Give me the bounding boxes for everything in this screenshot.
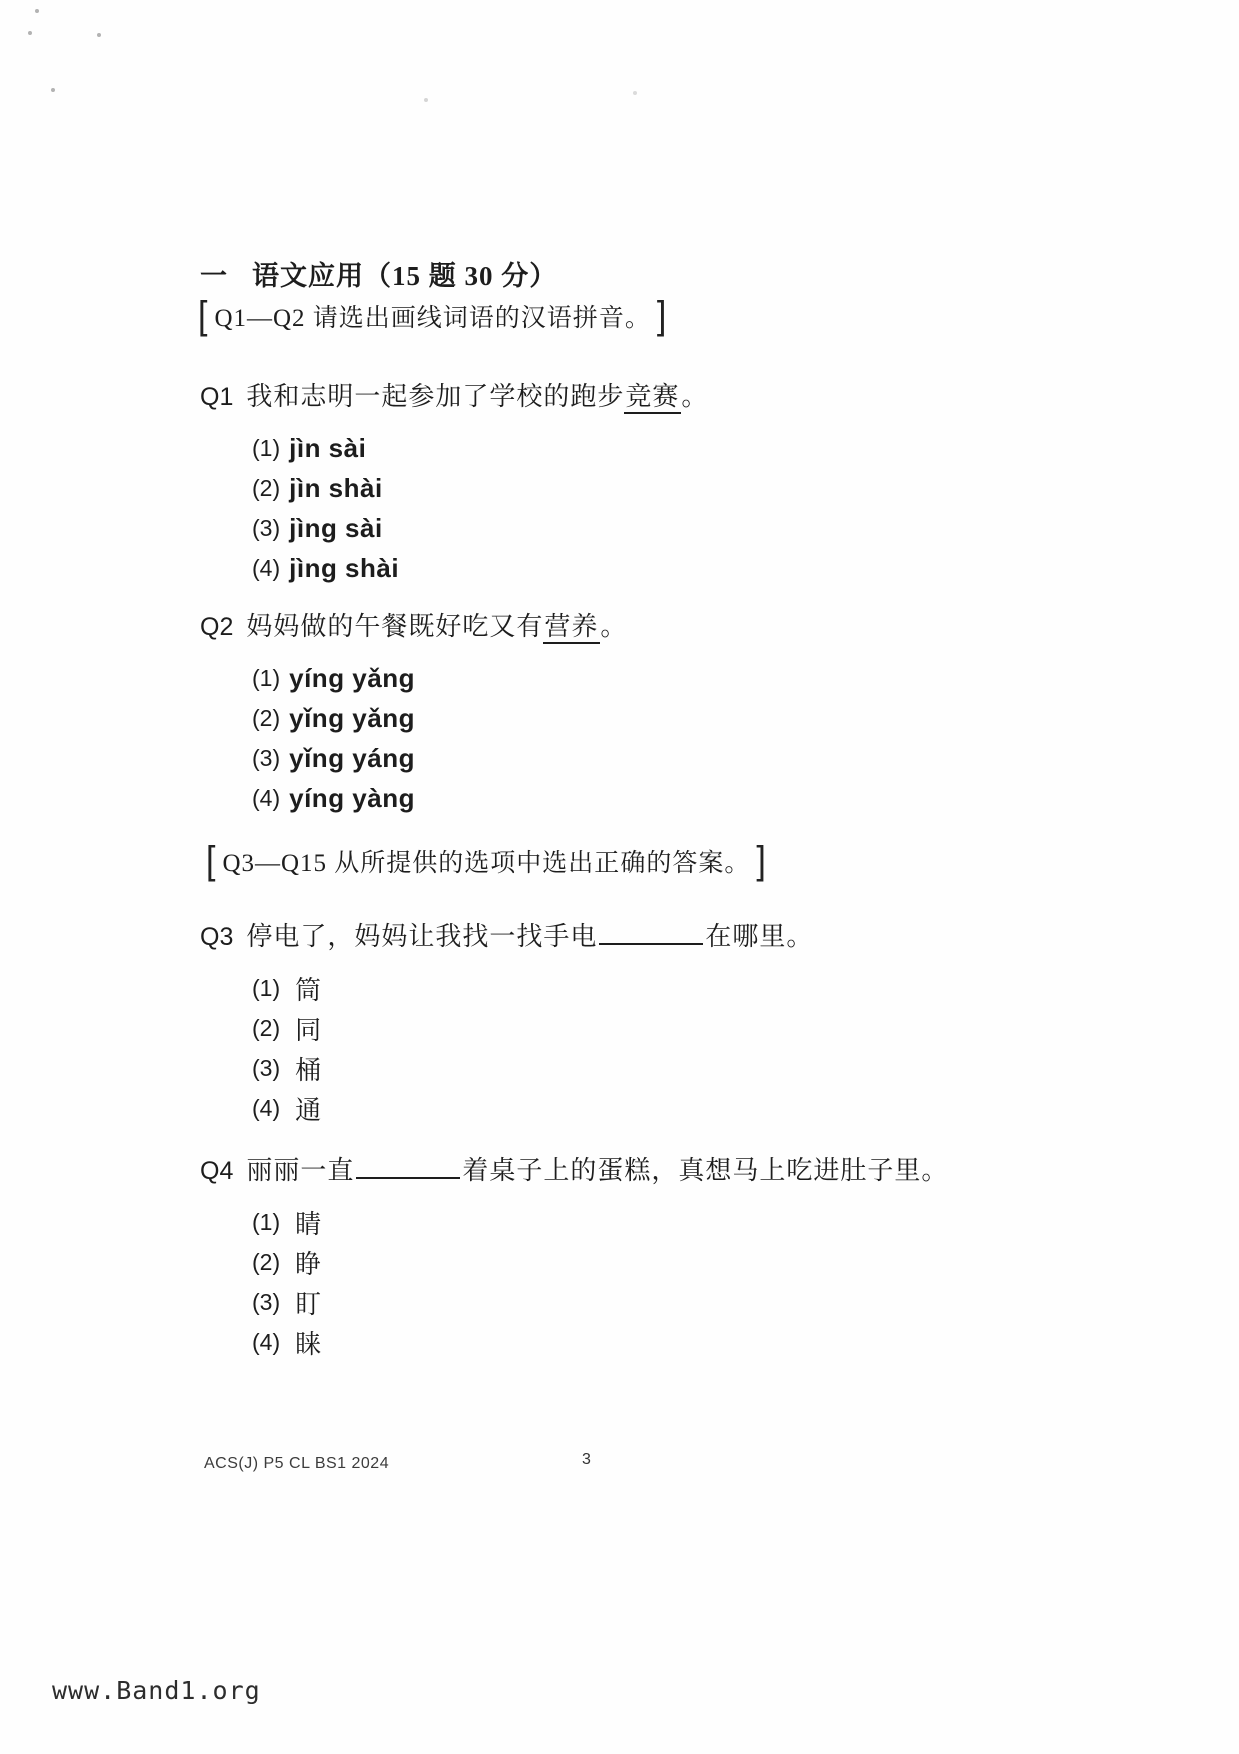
option-number: (1) (252, 435, 280, 462)
option-number: (3) (252, 1055, 280, 1082)
question-label: Q4 (200, 1154, 233, 1188)
question-line: Q3 停电了，妈妈让我找一找手电在哪里。 (200, 920, 813, 954)
option-q1-1: (1)jìn sài (252, 428, 708, 468)
section-number: 一 (200, 254, 228, 293)
options-list: (1)睛(2)睁(3)盯(4)睐 (252, 1202, 948, 1362)
option-q2-2: (2)yǐng yǎng (252, 698, 627, 738)
option-number: (4) (252, 555, 280, 582)
question-text-segment: 。 (681, 382, 708, 411)
bracket-open-icon: [ (200, 841, 222, 880)
options-list: (1)jìn sài(2)jìn shài(3)jìng sài(4)jìng … (252, 428, 708, 588)
option-q1-3: (3)jìng sài (252, 508, 708, 548)
option-text: 盯 (295, 1284, 321, 1321)
question-text-segment: 在哪里。 (705, 922, 813, 951)
question-label: Q3 (200, 920, 233, 954)
option-number: (4) (252, 1095, 280, 1122)
question-text-segment: 停电了，妈妈让我找一找手电 (246, 922, 597, 951)
option-q1-4: (4)jìng shài (252, 548, 708, 588)
bracket-close-icon: ] (651, 296, 673, 335)
option-number: (3) (252, 1289, 280, 1316)
option-text: 同 (295, 1010, 321, 1047)
scan-speck (28, 31, 32, 35)
question-block-q4: Q4 丽丽一直着桌子上的蛋糕，真想马上吃进肚子里。 (1)睛(2)睁(3)盯(4… (200, 1154, 948, 1362)
watermark: www.Band1.org (52, 1676, 261, 1705)
underlined-term: 营养 (543, 612, 600, 644)
option-q2-3: (3)yǐng yáng (252, 738, 627, 778)
option-q3-3: (3)桶 (252, 1048, 813, 1088)
option-text: jìng sài (289, 513, 383, 544)
option-number: (3) (252, 745, 280, 772)
exam-page-scan: 一 语文应用（15 题 30 分） [ Q1—Q2 请选出画线词语的汉语拼音。 … (0, 0, 1239, 1754)
option-text: jìn sài (289, 433, 366, 464)
option-text: 睛 (295, 1204, 321, 1241)
option-q4-3: (3)盯 (252, 1282, 948, 1322)
question-text-segment: 丽丽一直 (246, 1156, 354, 1185)
option-q4-4: (4)睐 (252, 1322, 948, 1362)
option-number: (3) (252, 515, 280, 542)
option-number: (4) (252, 785, 280, 812)
option-text: 桶 (295, 1050, 321, 1087)
option-text: 睐 (295, 1324, 321, 1361)
section-header: 一 语文应用（15 题 30 分） (200, 254, 557, 293)
option-text: yíng yǎng (289, 663, 415, 694)
option-text: 通 (295, 1090, 321, 1127)
option-number: (2) (252, 475, 280, 502)
question-block-q3: Q3 停电了，妈妈让我找一找手电在哪里。 (1)筒(2)同(3)桶(4)通 (200, 920, 813, 1128)
scan-speck (424, 98, 428, 102)
option-number: (1) (252, 665, 280, 692)
section-title: 语文应用（15 题 30 分） (252, 254, 557, 293)
option-q4-2: (2)睁 (252, 1242, 948, 1282)
option-q2-4: (4)yíng yàng (252, 778, 627, 818)
instruction-text: Q3—Q15 从所提供的选项中选出正确的答案。 (222, 843, 750, 879)
scan-speck (35, 9, 39, 13)
question-text-segment: 着桌子上的蛋糕，真想马上吃进肚子里。 (462, 1156, 948, 1185)
option-q1-2: (2)jìn shài (252, 468, 708, 508)
option-q3-2: (2)同 (252, 1008, 813, 1048)
scan-speck (633, 91, 637, 95)
question-sentence: 丽丽一直着桌子上的蛋糕，真想马上吃进肚子里。 (246, 1154, 948, 1188)
option-text: jìng shài (289, 553, 399, 584)
question-line: Q1 我和志明一起参加了学校的跑步竞赛。 (200, 380, 708, 414)
instruction-q1-q2: [ Q1—Q2 请选出画线词语的汉语拼音。 ] (192, 298, 673, 334)
scan-speck (51, 88, 55, 92)
option-number: (2) (252, 1249, 280, 1276)
option-q4-1: (1)睛 (252, 1202, 948, 1242)
option-q3-4: (4)通 (252, 1088, 813, 1128)
question-block-q1: Q1 我和志明一起参加了学校的跑步竞赛。 (1)jìn sài(2)jìn sh… (200, 380, 708, 588)
question-line: Q2 妈妈做的午餐既好吃又有营养。 (200, 610, 627, 644)
question-label: Q2 (200, 610, 233, 644)
page-number: 3 (582, 1451, 591, 1469)
option-number: (2) (252, 1015, 280, 1042)
option-number: (1) (252, 1209, 280, 1236)
options-list: (1)yíng yǎng(2)yǐng yǎng(3)yǐng yáng(4)y… (252, 658, 627, 818)
question-text-segment: 我和志明一起参加了学校的跑步 (246, 382, 624, 411)
question-sentence: 我和志明一起参加了学校的跑步竞赛。 (246, 380, 708, 414)
option-number: (2) (252, 705, 280, 732)
question-label: Q1 (200, 380, 233, 414)
question-line: Q4 丽丽一直着桌子上的蛋糕，真想马上吃进肚子里。 (200, 1154, 948, 1188)
option-text: yǐng yáng (289, 743, 415, 774)
bracket-close-icon: ] (750, 841, 772, 880)
option-q3-1: (1)筒 (252, 968, 813, 1008)
option-text: yǐng yǎng (289, 703, 415, 734)
question-block-q2: Q2 妈妈做的午餐既好吃又有营养。 (1)yíng yǎng(2)yǐng yǎ… (200, 610, 627, 818)
option-number: (1) (252, 975, 280, 1002)
bracket-open-icon: [ (192, 296, 214, 335)
answer-blank (599, 921, 703, 945)
answer-blank (356, 1155, 460, 1179)
question-sentence: 妈妈做的午餐既好吃又有营养。 (246, 610, 627, 644)
option-q2-1: (1)yíng yǎng (252, 658, 627, 698)
instruction-q3-q15: [ Q3—Q15 从所提供的选项中选出正确的答案。 ] (200, 843, 773, 879)
question-sentence: 停电了，妈妈让我找一找手电在哪里。 (246, 920, 813, 954)
option-text: jìn shài (289, 473, 383, 504)
question-text-segment: 。 (600, 612, 627, 641)
document-code: ACS(J) P5 CL BS1 2024 (204, 1455, 389, 1473)
option-text: 筒 (295, 970, 321, 1007)
scan-speck (97, 33, 101, 37)
option-text: 睁 (295, 1244, 321, 1281)
instruction-text: Q1—Q2 请选出画线词语的汉语拼音。 (214, 298, 650, 334)
options-list: (1)筒(2)同(3)桶(4)通 (252, 968, 813, 1128)
underlined-term: 竞赛 (624, 382, 681, 414)
question-text-segment: 妈妈做的午餐既好吃又有 (246, 612, 543, 641)
option-number: (4) (252, 1329, 280, 1356)
option-text: yíng yàng (289, 783, 415, 814)
